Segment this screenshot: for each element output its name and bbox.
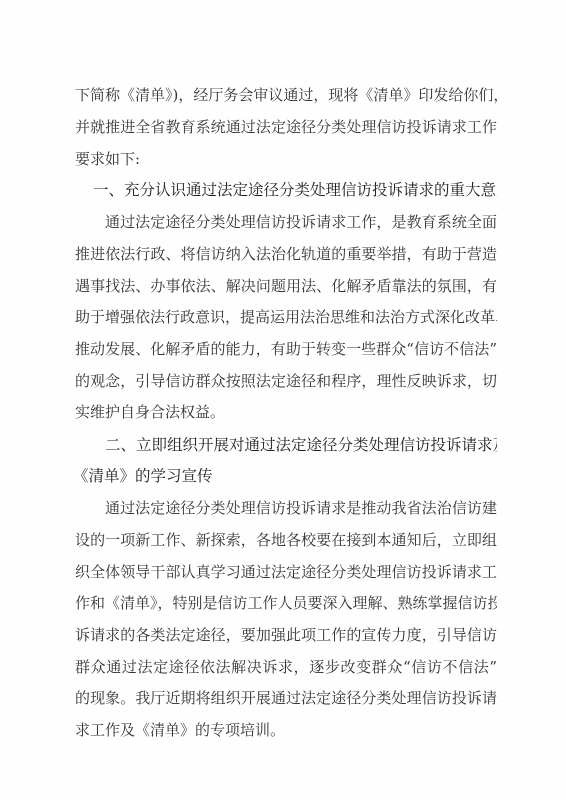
body-line: 织全体领导干部认真学习通过法定途径分类处理信访投诉请求工 [75,562,497,582]
body-line: 设的一项新工作、新探索，各地各校要在接到本通知后，立即组 [75,530,497,550]
body-line: 的观念，引导信访群众按照法定途径和程序，理性反映诉求，切 [75,371,497,391]
body-line: 实维护自身合法权益。 [75,402,497,422]
section-heading-2: 二、立即组织开展对通过法定途径分类处理信访投诉请求及 [105,435,497,455]
body-line: 作和《清单》，特别是信访工作人员要深入理解、熟练掌握信访投 [75,593,497,613]
body-line: 助于增强依法行政意识，提高运用法治思维和法治方式深化改革、 [75,307,497,327]
body-line: 要求如下: [75,149,497,169]
body-line: 诉请求的各类法定途径，要加强此项工作的宣传力度，引导信访 [75,625,497,645]
body-line: 群众通过法定途径依法解决诉求，逐步改变群众“信访不信法” [75,657,497,677]
body-line: 推进依法行政、将信访纳入法治化轨道的重要举措，有助于营造 [75,244,497,264]
document-page: 下简称《清单》)，经厅务会审议通过，现将《清单》印发给你们， 并就推进全省教育系… [0,0,566,800]
body-line: 通过法定途径分类处理信访投诉请求工作，是教育系统全面 [105,212,497,232]
body-line: 通过法定途径分类处理信访投诉请求是推动我省法治信访建 [105,498,497,518]
body-line: 的现象。我厅近期将组织开展通过法定途径分类处理信访投诉请 [75,688,497,708]
section-heading-1: 一、充分认识通过法定途径分类处理信访投诉请求的重大意义 [93,180,497,200]
body-line: 下简称《清单》)，经厅务会审议通过，现将《清单》印发给你们， [75,85,497,105]
body-line: 求工作及《清单》的专项培训。 [75,720,497,740]
body-line: 遇事找法、办事依法、解决问题用法、化解矛盾靠法的氛围，有 [75,276,497,296]
body-line: 并就推进全省教育系统通过法定途径分类处理信访投诉请求工作 [75,117,497,137]
section-heading-2-cont: 《清单》的学习宣传 [73,466,495,486]
body-line: 推动发展、化解矛盾的能力，有助于转变一些群众“信访不信法” [75,339,497,359]
